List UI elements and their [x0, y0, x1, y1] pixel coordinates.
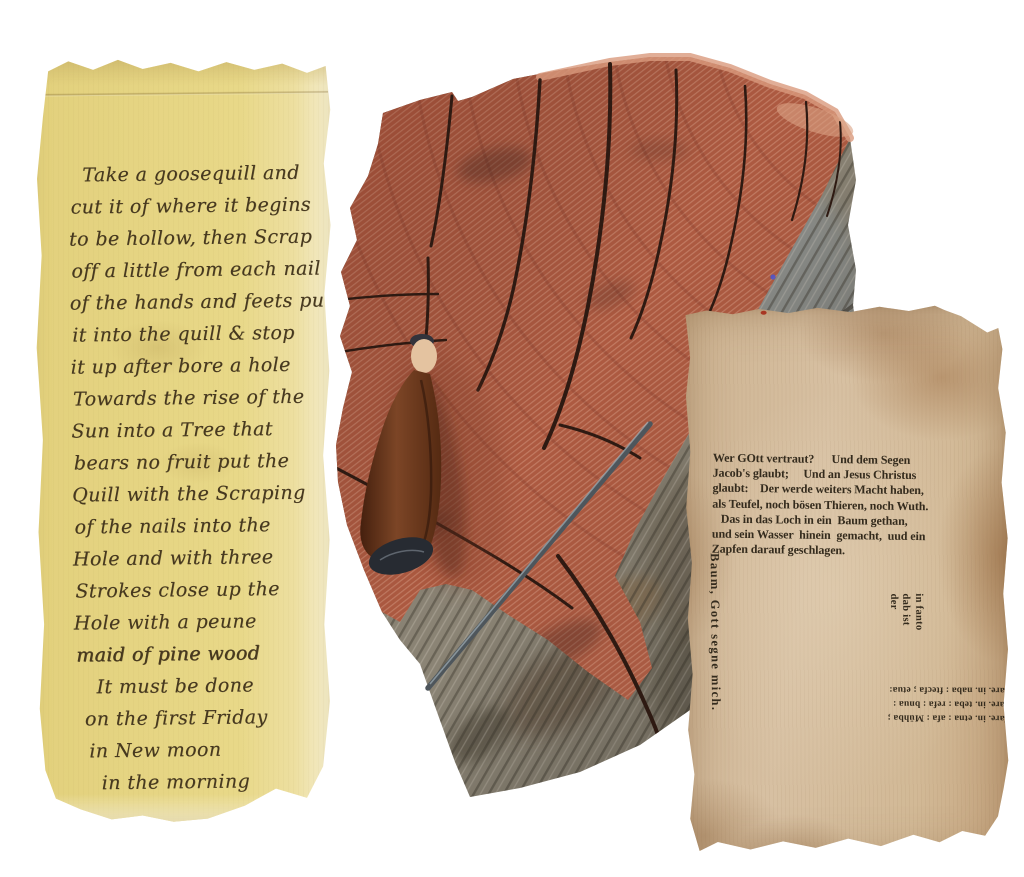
manuscript-line: it up after bore a hole — [70, 348, 326, 383]
manuscript-line: Quill with the Scraping — [72, 476, 328, 511]
fraktur-line: Zapfen darauf geschlagen. — [712, 542, 960, 560]
manuscript-line: maid of pine wood — [76, 636, 330, 671]
inverted-charm-line: fare. in. teba : refa : bnua : — [830, 695, 1008, 710]
blue-paint-speck — [770, 274, 775, 279]
printed-page: Wer GOtt vertraut? Und dem SegenJacob's … — [681, 305, 1012, 864]
photo-composite: Take a goosequill andcut it of where it … — [0, 0, 1024, 877]
left-margin-blessing: Baum, Gott segne mich. — [707, 553, 725, 765]
peg-top-knob — [411, 339, 437, 373]
right-margin-charm: in fantodab istder — [886, 593, 925, 675]
right-margin-line: dab ist — [899, 593, 912, 675]
manuscript-line: to be hollow, then Scrap — [69, 220, 325, 255]
red-fiber-speck — [761, 311, 767, 315]
manuscript-line: bears no fruit put the — [74, 444, 328, 479]
manuscript-line: on the first Friday — [85, 700, 331, 735]
manuscript-line: Hole and with three — [73, 540, 329, 575]
inverted-charm-line: fare. in. etna : afa : Mühba ; — [830, 709, 1008, 724]
manuscript-line: Strokes close up the — [75, 572, 329, 607]
manuscript-line: Hole with a peune — [74, 604, 330, 639]
manuscript-note: Take a goosequill andcut it of where it … — [28, 56, 338, 824]
manuscript-line: of the nails into the — [74, 508, 328, 543]
right-margin-line: in fanto — [912, 593, 925, 675]
manuscript-line: it into the quill & stop — [72, 316, 326, 351]
manuscript-line: in New moon — [89, 732, 331, 767]
manuscript-line: It must be done — [96, 668, 330, 703]
paper-crease — [37, 90, 328, 96]
inverted-charm-lines: fare. in. etna : afa : Mühba ;fare. in. … — [830, 677, 1008, 724]
manuscript-line: Sun into a Tree that — [71, 412, 327, 447]
fraktur-paragraph: Wer GOtt vertraut? Und dem SegenJacob's … — [712, 451, 961, 560]
manuscript-line: off a little from each nail — [71, 252, 325, 287]
manuscript-line: in the morning — [102, 764, 332, 799]
manuscript-line: Take a goosequill and — [82, 156, 324, 191]
inverted-charm-line: fare. in. naba : ftecfa ; etua: — [830, 682, 1008, 697]
manuscript-line: Towards the rise of the — [73, 380, 327, 415]
right-margin-line: der — [887, 594, 900, 676]
manuscript-line: cut it of where it begins — [70, 188, 324, 223]
manuscript-text: Take a goosequill andcut it of where it … — [68, 156, 332, 799]
manuscript-line: of the hands and feets put — [70, 284, 326, 319]
